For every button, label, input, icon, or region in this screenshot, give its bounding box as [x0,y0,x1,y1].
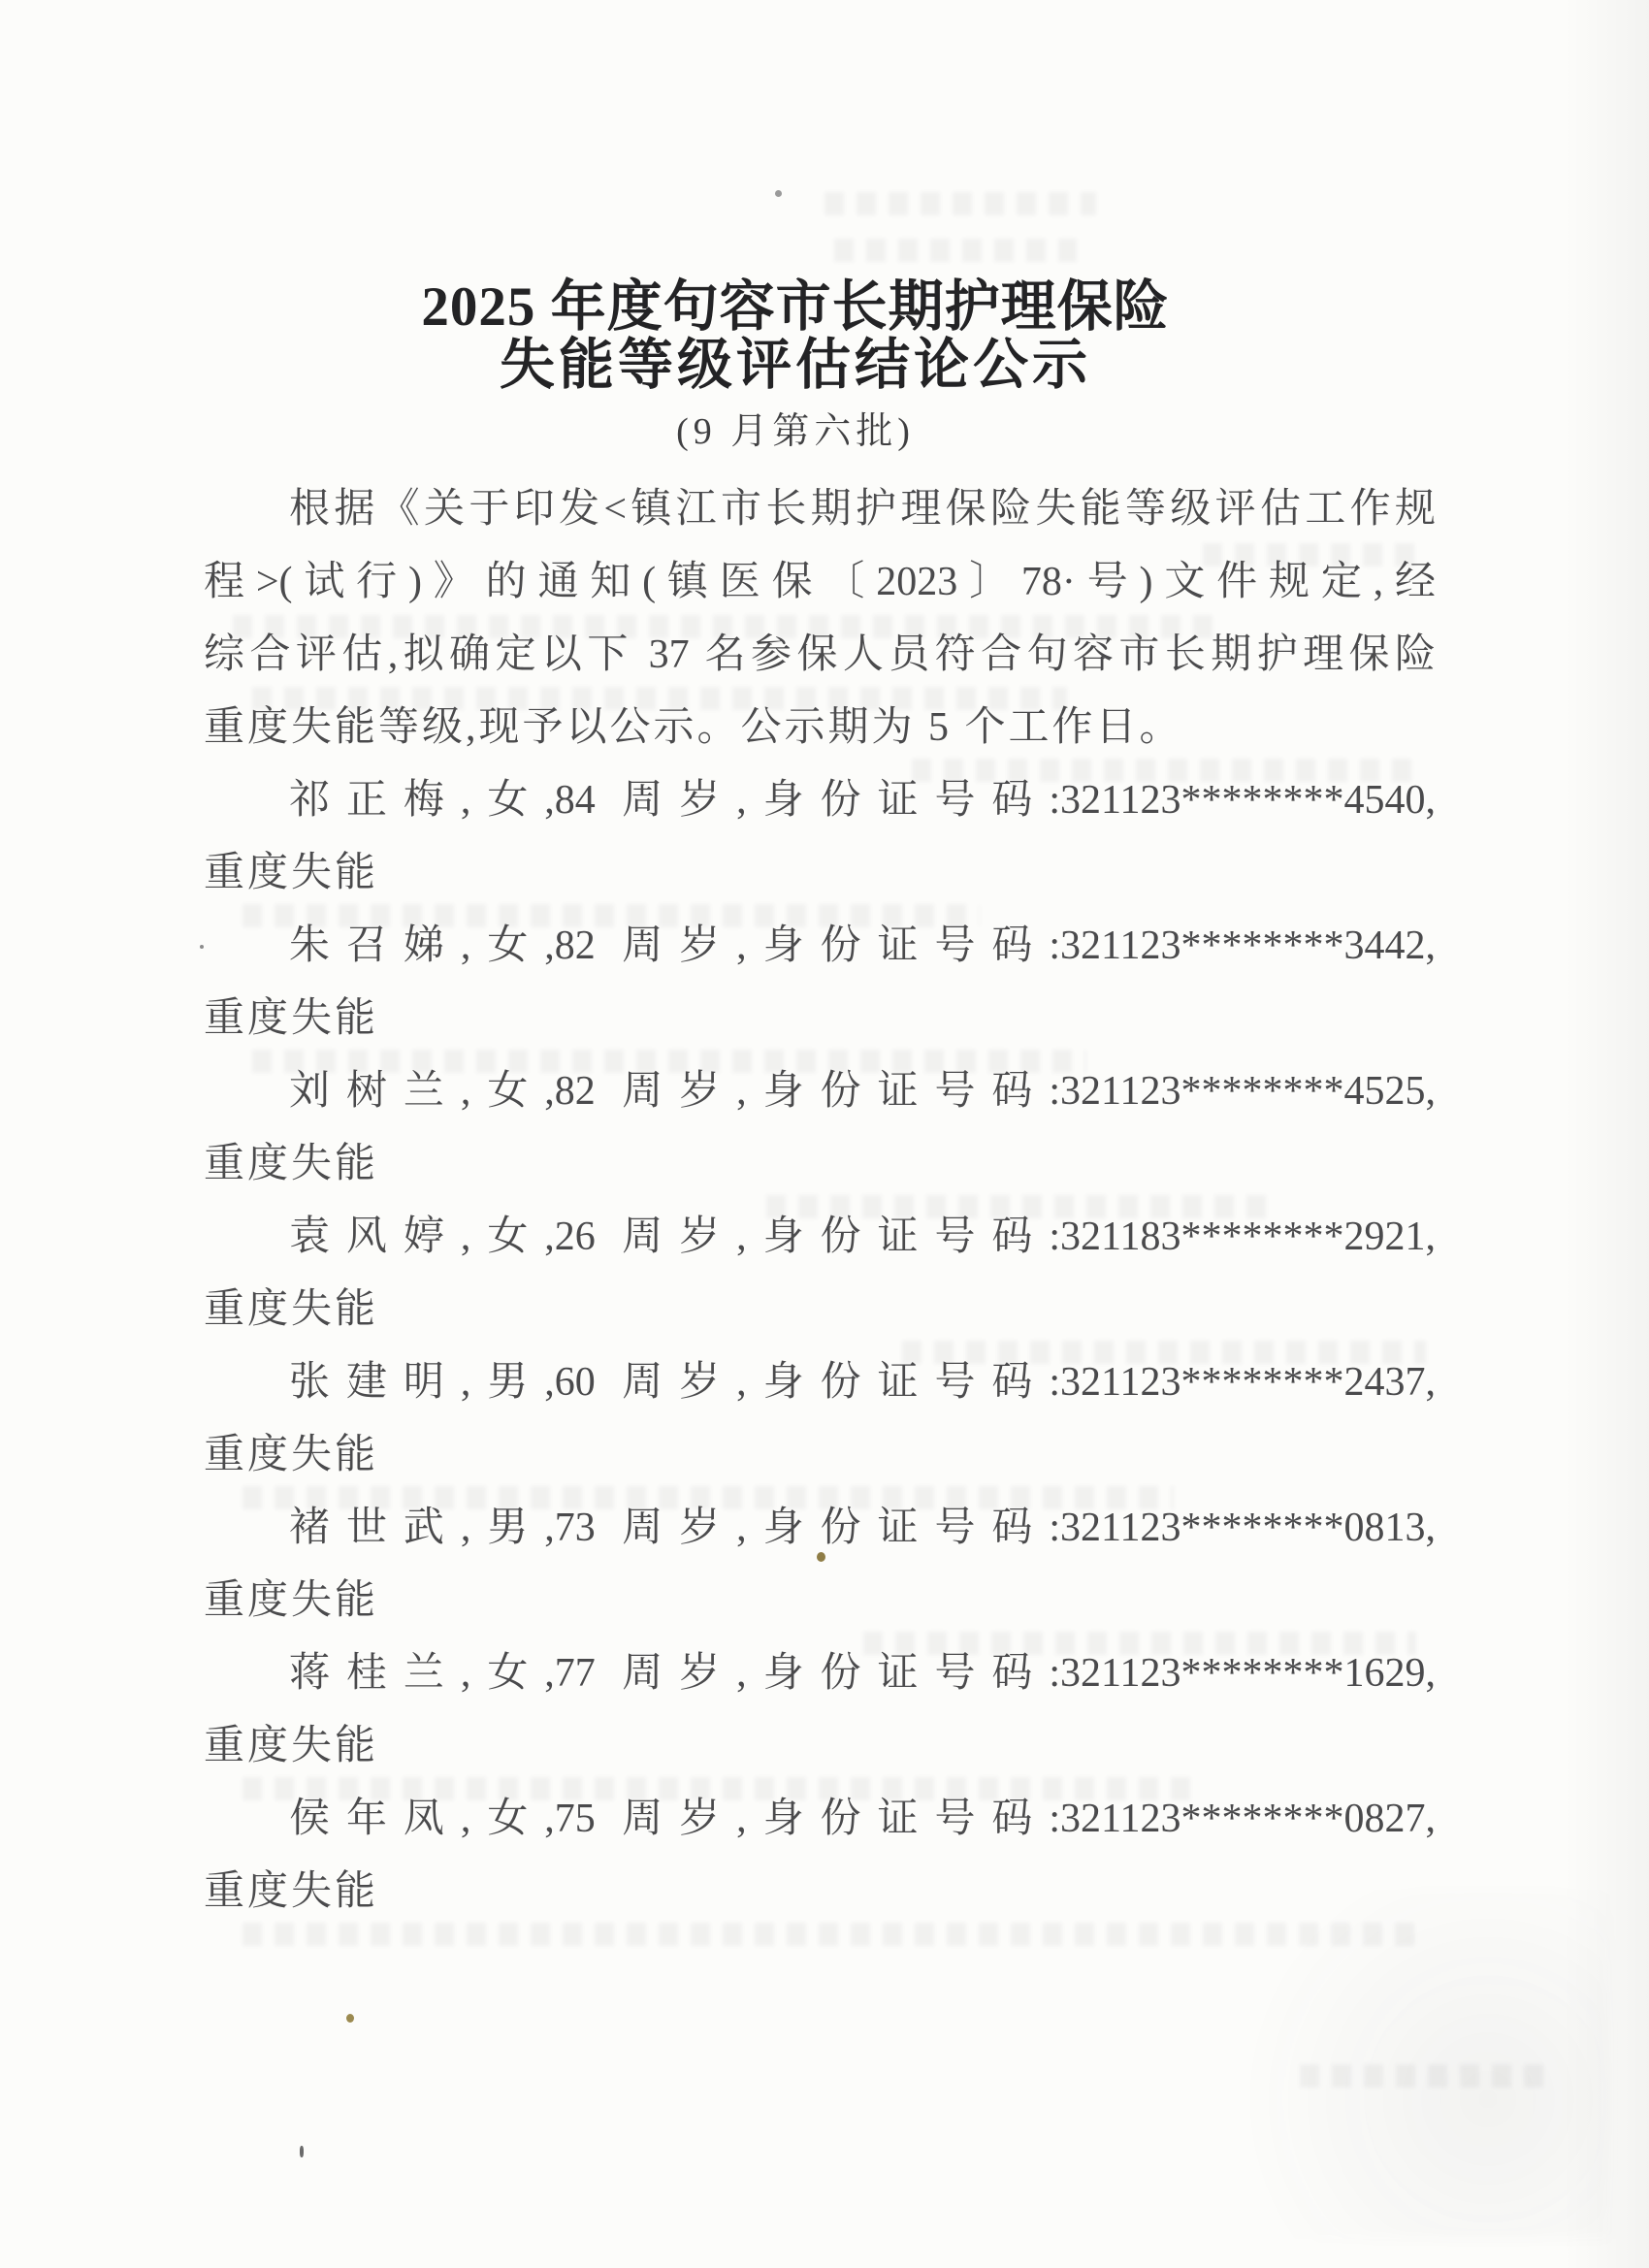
entry-level-line: 重度失能 [204,1856,1436,1928]
bleed-through-artifact [1300,2064,1552,2088]
bleed-through-artifact [824,192,1096,215]
entry-person-line: 朱召娣,女,82 周岁,身份证号码:321123********3442, [204,910,1436,983]
entry-person-line: 祁正梅,女,84 周岁,身份证号码:321123********4540, [204,764,1436,837]
intro-line: 根据《关于印发<镇江市长期护理保险失能等级评估工作规 [204,473,1436,546]
entry-person-line: 张建明,男,60 周岁,身份证号码:321123********2437, [204,1346,1436,1419]
entry-level-line: 重度失能 [204,1128,1436,1201]
intro-line: 重度失能等级,现予以公示。公示期为 5 个工作日。 [204,692,1436,764]
entry-level-line: 重度失能 [204,1710,1436,1783]
entry-person-line: 袁风婷,女,26 周岁,身份证号码:321183********2921, [204,1201,1436,1274]
scan-speck [300,2146,304,2157]
notice-batch-label: (9 月第六批) [0,410,1591,454]
entry-person-line: 侯年凤,女,75 周岁,身份证号码:321123********0827, [204,1783,1436,1856]
notice-title-line1: 2025 年度句容市长期护理保险 [0,277,1591,338]
bleed-through-artifact [834,239,1077,262]
scanned-notice-page: 2025 年度句容市长期护理保险 失能等级评估结论公示 (9 月第六批) 根据《… [0,0,1649,2268]
entry-level-line: 重度失能 [204,1274,1436,1346]
entry-person-line: 刘树兰,女,82 周岁,身份证号码:321123********4525, [204,1055,1436,1128]
entry-person-line: 蒋桂兰,女,77 周岁,身份证号码:321123********1629, [204,1637,1436,1710]
entry-person-line: 褚世武,男,73 周岁,身份证号码:321123********0813, [204,1492,1436,1565]
scan-speck [775,190,782,197]
entry-level-line: 重度失能 [204,1419,1436,1492]
intro-line: 综合评估,拟确定以下 37 名参保人员符合句容市长期护理保险 [204,619,1436,692]
notice-body: 根据《关于印发<镇江市长期护理保险失能等级评估工作规 程>(试行)》的通知(镇医… [204,473,1436,1928]
scan-speck [346,2014,354,2023]
entry-level-line: 重度失能 [204,837,1436,910]
entry-level-line: 重度失能 [204,1565,1436,1637]
entry-level-line: 重度失能 [204,983,1436,1055]
notice-title-line2: 失能等级评估结论公示 [0,336,1591,396]
intro-line: 程>(试行)》的通知(镇医保〔2023〕78·号)文件规定,经 [204,546,1436,619]
